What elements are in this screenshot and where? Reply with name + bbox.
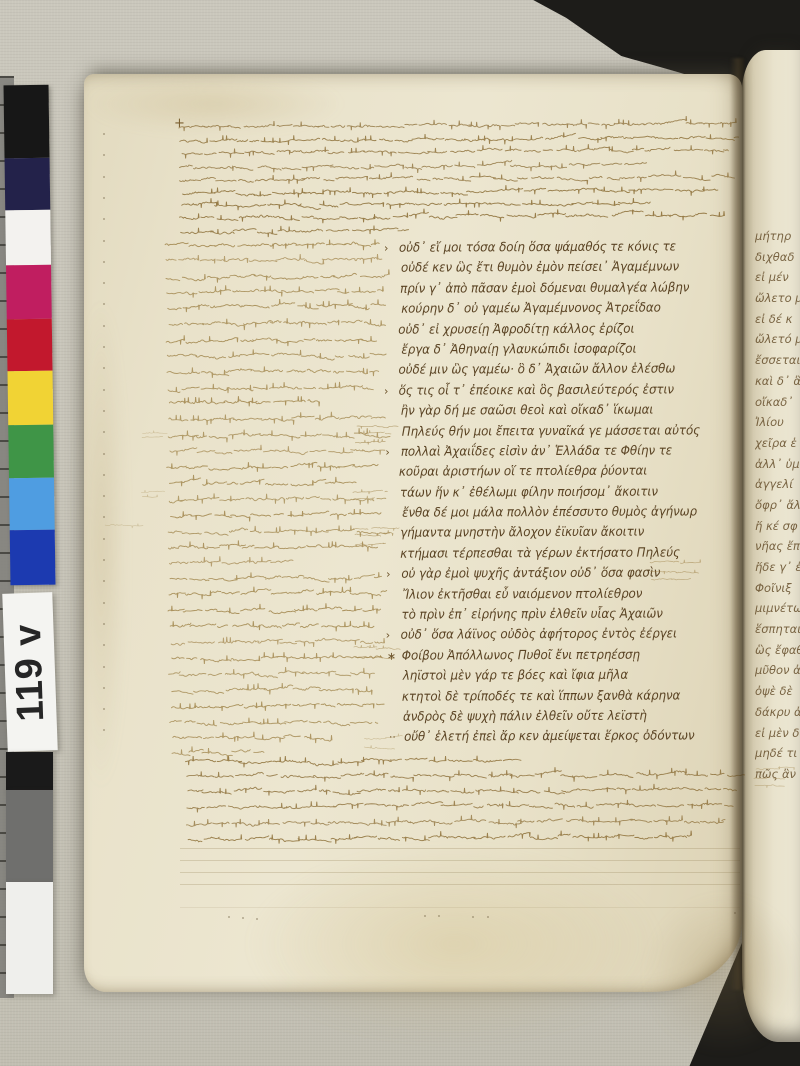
verse-text: οὐδέ κεν ὣς ἔτι θυμὸν ἐμὸν πείσει᾽ Ἀγαμέ… <box>401 258 679 280</box>
color-patch-red <box>7 319 53 372</box>
verse-line: ἢν γὰρ δή με σαῶσι θεοὶ καὶ οἴκαδ᾽ ἵκωμα… <box>400 400 722 422</box>
manuscript-page: + ›οὐδ᾽ εἴ μοι τόσα δοίη ὅσα ψάμαθός τε … <box>84 74 742 992</box>
verse-line: ›οὐδ᾽ ὅσα λάϊνος οὐδὸς ἀφήτορος ἐντὸς ἐέ… <box>401 625 723 647</box>
prick-mark <box>424 915 426 917</box>
facing-text-line: εἰ μὲν δ <box>755 723 800 744</box>
verse-text: ὅς τις οἷ τ᾽ ἐπέοικε καὶ ὃς βασιλεύτερός… <box>399 380 674 402</box>
verse-line: κούρην δ᾽ οὐ γαμέω Ἀγαμέμνονος Ἀτρεΐδαο <box>401 298 722 320</box>
prick-mark <box>103 389 105 391</box>
color-patch-magenta <box>6 265 52 320</box>
prick-mark <box>103 346 105 348</box>
verse-line: οὐδέ μιν ὣς γαμέω· ὃ δ᾽ Ἀχαιῶν ἄλλον ἑλέ… <box>398 360 722 382</box>
facing-text-line: οἴκαδ᾽ <box>755 392 800 413</box>
verse-line: ἔργα δ᾽ Ἀθηναίῃ γλαυκώπιδι ἰσοφαρίζοι <box>402 339 722 361</box>
verse-line: κτητοὶ δὲ τρίποδές τε καὶ ἵππων ξανθὰ κά… <box>401 686 723 708</box>
verse-text: ἀνδρὸς δὲ ψυχὴ πάλιν ἐλθεῖν οὔτε λεϊστὴ <box>403 707 647 728</box>
color-patch-dark-navy <box>5 158 51 211</box>
prick-mark <box>103 666 105 668</box>
prick-mark <box>103 431 105 433</box>
verse-text: γήμαντα μνηστὴν ἄλοχον ἐϊκυῖαν ἄκοιτιν <box>400 523 644 544</box>
prick-mark <box>256 918 258 920</box>
facing-text-line: Φοῖνιξ <box>755 578 800 599</box>
prick-mark <box>103 495 105 497</box>
bottom-scholia-block <box>182 756 747 860</box>
facing-text-line: ὀψὲ δὲ <box>755 681 800 702</box>
prick-mark <box>103 282 105 284</box>
verse-text: οὐδέ μιν ὣς γαμέω· ὃ δ᾽ Ἀχαιῶν ἄλλον ἑλέ… <box>398 360 675 382</box>
prick-mark <box>103 729 105 731</box>
prick-mark <box>103 559 105 561</box>
verse-line: πρίν γ᾽ ἀπὸ πᾶσαν ἐμοὶ δόμεναι θυμαλγέα … <box>400 278 721 300</box>
grey-patch-white <box>6 882 53 994</box>
page-stain <box>244 844 664 1044</box>
verse-text: ἢν γὰρ δή με σαῶσι θεοὶ καὶ οἴκαδ᾽ ἵκωμα… <box>400 401 653 423</box>
prick-mark <box>103 644 105 646</box>
facing-text-line: ἥ κέ σφ <box>755 516 800 537</box>
folio-label: 119 v <box>2 592 57 752</box>
facing-text-line: μῦθον ἀ <box>755 660 800 681</box>
prick-mark <box>103 708 105 710</box>
prick-mark <box>103 261 105 263</box>
verse-line: ··οὔθ᾽ ἑλετή ἐπεὶ ἄρ κεν ἀμείψεται ἕρκος… <box>404 727 724 749</box>
top-scholia-block <box>176 119 743 252</box>
page-stain <box>76 294 126 794</box>
marginal-gloss <box>347 487 391 512</box>
prick-mark <box>103 133 105 135</box>
color-patch-black <box>4 85 50 159</box>
verse-text: κτήμασι τέρπεσθαι τὰ γέρων ἐκτήσατο Πηλε… <box>400 543 680 565</box>
facing-text-line: ἔσσεται <box>755 350 800 371</box>
facing-text-line: διχθαδ <box>755 247 800 268</box>
facing-text-line: ὄφρ᾽ ἄλ <box>755 495 800 516</box>
verse-text: οὐδ᾽ ὅσα λάϊνος οὐδὸς ἀφήτορος ἐντὸς ἐέρ… <box>401 625 677 647</box>
main-text-column: ›οὐδ᾽ εἴ μοι τόσα δοίη ὅσα ψάμαθός τε κό… <box>399 237 724 748</box>
facing-text-line: μιμνέτω <box>755 598 800 619</box>
facing-text-line: ἥδε γ᾽ ἐ <box>755 557 800 578</box>
prick-mark <box>228 916 230 918</box>
facing-text-line: καὶ δ᾽ ἂ <box>755 371 800 392</box>
marginal-gloss <box>350 645 404 671</box>
ruling-line <box>180 907 740 908</box>
color-patch-blue <box>10 530 56 586</box>
prick-mark <box>103 367 105 369</box>
facing-text-line: εἰ δέ κ <box>755 309 800 330</box>
verse-line: ἀνδρὸς δὲ ψυχὴ πάλιν ἐλθεῖν οὔτε λεϊστὴ <box>403 706 723 728</box>
verse-text: τὸ πρὶν ἐπ᾽ εἰρήνης πρὶν ἐλθεῖν υἷας Ἀχα… <box>401 605 662 627</box>
verse-text: οὔθ᾽ ἑλετή ἐπεὶ ἄρ κεν ἀμείψεται ἕρκος ὀ… <box>404 727 695 749</box>
prick-mark <box>103 474 105 476</box>
verse-text: κοῦραι ἀριστήων οἵ τε πτολίεθρα ῥύονται <box>399 462 647 483</box>
verse-text: Ἴλιον ἐκτῆσθαι εὖ ναιόμενον πτολίεθρον <box>402 584 642 605</box>
verse-line: ›ὅς τις οἷ τ᾽ ἐπέοικε καὶ ὃς βασιλεύτερό… <box>399 380 722 402</box>
facing-text-line: ἀγγελί <box>755 474 800 495</box>
prick-mark <box>103 325 105 327</box>
prick-mark <box>103 197 105 199</box>
facing-text-line: δάκρυ ἀ <box>755 702 800 723</box>
ruling-line <box>180 872 740 873</box>
verse-line: κοῦραι ἀριστήων οἵ τε πτολίεθρα ῥύονται <box>399 462 722 484</box>
verse-text: οὐδ᾽ εἰ χρυσείῃ Ἀφροδίτῃ κάλλος ἐρίζοι <box>398 319 634 340</box>
verse-line: ἔνθα δέ μοι μάλα πολλὸν ἐπέσσυτο θυμὸς ἀ… <box>402 502 723 524</box>
verse-text: τάων ἥν κ᾽ ἐθέλωμι φίλην ποιήσομ᾽ ἄκοιτι… <box>400 482 658 504</box>
facing-text-line: εἰ μέν <box>755 267 800 288</box>
verse-text: κτητοὶ δὲ τρίποδές τε καὶ ἵππων ξανθὰ κά… <box>401 686 679 708</box>
prick-mark <box>103 218 105 220</box>
far-left-margin-note <box>138 429 168 452</box>
verse-line: τὸ πρὶν ἐπ᾽ εἰρήνης πρὶν ἐλθεῖν υἷας Ἀχα… <box>401 604 723 626</box>
color-scale-patches <box>4 85 56 586</box>
prick-mark <box>103 580 105 582</box>
prick-mark <box>103 602 105 604</box>
prick-mark <box>438 915 440 917</box>
prick-mark <box>103 410 105 412</box>
verse-text: Πηλεύς θήν μοι ἔπειτα γυναῖκά γε μάσσετα… <box>401 421 699 443</box>
verse-text: πολλαὶ Ἀχαιΐδες εἰσὶν ἀν᾽ Ἑλλάδα τε Φθίη… <box>400 441 671 463</box>
prick-mark <box>242 917 244 919</box>
verse-text: ἔνθα δέ μοι μάλα πολλὸν ἐπέσσυτο θυμὸς ἀ… <box>402 502 697 524</box>
color-patch-green <box>8 425 54 479</box>
verse-line: γήμαντα μνηστὴν ἄλοχον ἐϊκυῖαν ἄκοιτιν <box>400 523 723 545</box>
verse-line: ληϊστοὶ μὲν γάρ τε βόες καὶ ἴφια μῆλα <box>403 665 724 687</box>
verse-line: τάων ἥν κ᾽ ἐθέλωμι φίλην ποιήσομ᾽ ἄκοιτι… <box>400 482 722 504</box>
grey-patch-black <box>6 752 53 790</box>
prick-mark <box>103 453 105 455</box>
verse-text: Φοίβου Ἀπόλλωνος Πυθοῖ ἔνι πετρηέσσῃ <box>402 645 640 666</box>
marginal-gloss <box>350 524 402 557</box>
grey-patch-grey <box>6 790 53 882</box>
prick-mark <box>103 623 105 625</box>
ruling-line <box>180 860 740 861</box>
ruling-line <box>180 884 740 885</box>
facing-text-line: χεῖρα ἑ <box>755 433 800 454</box>
prick-mark <box>487 916 489 918</box>
facing-text-line: ὣς ἔφαθ <box>755 640 800 661</box>
marginal-gloss <box>360 734 406 760</box>
gutter-shadow <box>730 58 744 990</box>
verse-line: ∗Φοίβου Ἀπόλλωνος Πυθοῖ ἔνι πετρηέσσῃ <box>402 645 723 667</box>
facing-text-line: νῆας ἔπ <box>755 536 800 557</box>
prick-mark <box>103 176 105 178</box>
prick-mark <box>103 240 105 242</box>
verse-text: κούρην δ᾽ οὐ γαμέω Ἀγαμέμνονος Ἀτρεΐδαο <box>401 299 661 321</box>
facing-page-scholia <box>750 764 798 801</box>
digitized-manuscript-photo: μήτηρδιχθαδεἰ μένὤλετο μεἰ δέ κὤλετό μἔσ… <box>0 0 800 1066</box>
folio-label-text: 119 v <box>7 622 53 721</box>
prick-mark <box>472 916 474 918</box>
facing-text-line: ἀλλ᾽ ὑμ <box>755 454 800 475</box>
color-patch-white <box>5 210 51 266</box>
verse-text: ἔργα δ᾽ Ἀθηναίῃ γλαυκώπιδι ἰσοφαρίζοι <box>402 340 637 361</box>
verse-text: οὐ γὰρ ἐμοὶ ψυχῆς ἀντάξιον οὐδ᾽ ὅσα φασὶ… <box>401 564 660 586</box>
verse-line: οὐδ᾽ εἰ χρυσείῃ Ἀφροδίτῃ κάλλος ἐρίζοι <box>398 319 722 341</box>
far-left-margin-note <box>136 487 164 510</box>
facing-page-edge: μήτηρδιχθαδεἰ μένὤλετο μεἰ δέ κὤλετό μἔσ… <box>742 50 800 1042</box>
verse-text: πρίν γ᾽ ἀπὸ πᾶσαν ἐμοὶ δόμεναι θυμαλγέα … <box>400 278 689 300</box>
verse-line: ›πολλαὶ Ἀχαιΐδες εἰσὶν ἀν᾽ Ἑλλάδα τε Φθί… <box>400 441 722 463</box>
prick-mark <box>103 516 105 518</box>
facing-page-text: μήτηρδιχθαδεἰ μένὤλετο μεἰ δέ κὤλετό μἔσ… <box>755 226 800 785</box>
facing-text-line: ὤλετό μ <box>755 329 800 350</box>
verse-line: Πηλεύς θήν μοι ἔπειτα γυναῖκά γε μάσσετα… <box>401 421 722 443</box>
facing-text-line: Ἰλίου <box>755 412 800 433</box>
verse-text: ληϊστοὶ μὲν γάρ τε βόες καὶ ἴφια μῆλα <box>403 666 628 687</box>
color-patch-sky-blue <box>9 478 55 531</box>
facing-text-line: μήτηρ <box>755 226 800 247</box>
prick-mark <box>103 687 105 689</box>
facing-text-line: ὤλετο μ <box>755 288 800 309</box>
color-patch-yellow <box>8 371 54 426</box>
marginal-gloss <box>646 558 704 595</box>
far-left-margin-note <box>100 522 144 540</box>
verse-line: οὐδέ κεν ὣς ἔτι θυμὸν ἐμὸν πείσει᾽ Ἀγαμέ… <box>401 258 721 280</box>
prick-mark <box>103 303 105 305</box>
facing-text-line: ἕσπηται <box>755 619 800 640</box>
marginal-gloss <box>352 423 400 455</box>
facing-text-line: μηδέ τι <box>755 743 800 764</box>
prick-mark <box>103 154 105 156</box>
